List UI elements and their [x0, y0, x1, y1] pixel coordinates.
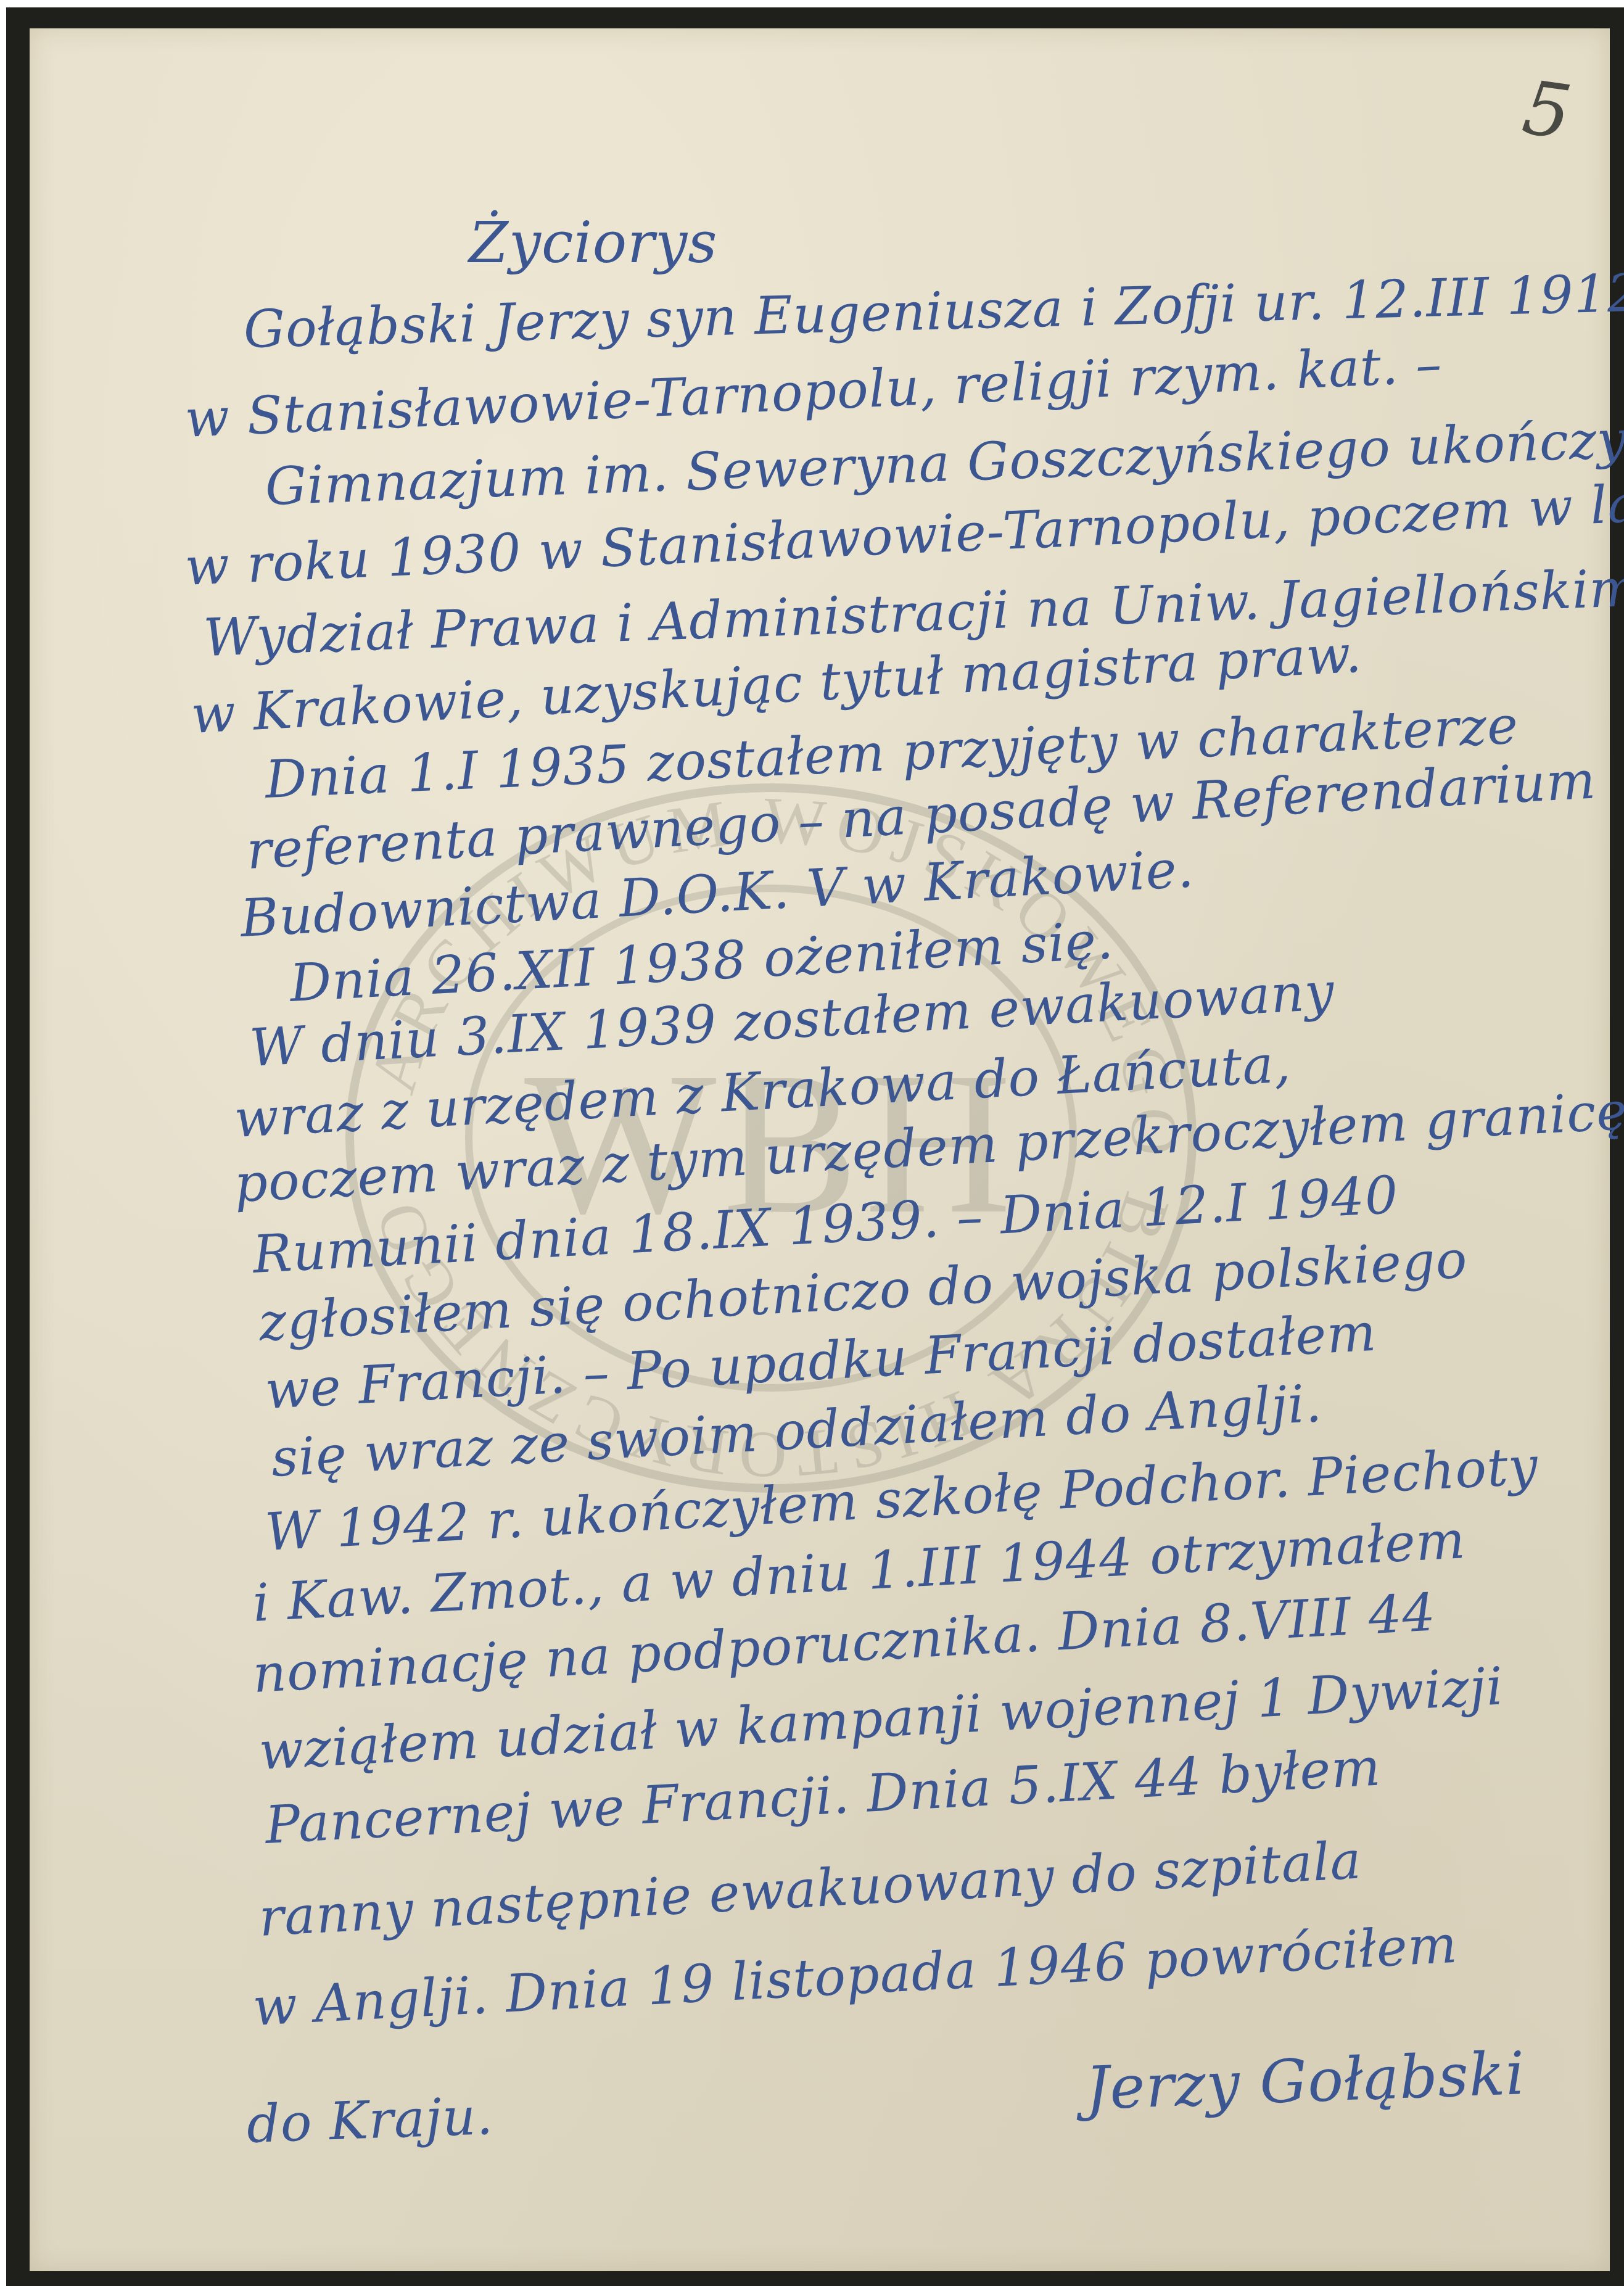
document-title: Życiorys: [469, 210, 717, 276]
text-line: do Kraju.: [245, 2086, 494, 2155]
